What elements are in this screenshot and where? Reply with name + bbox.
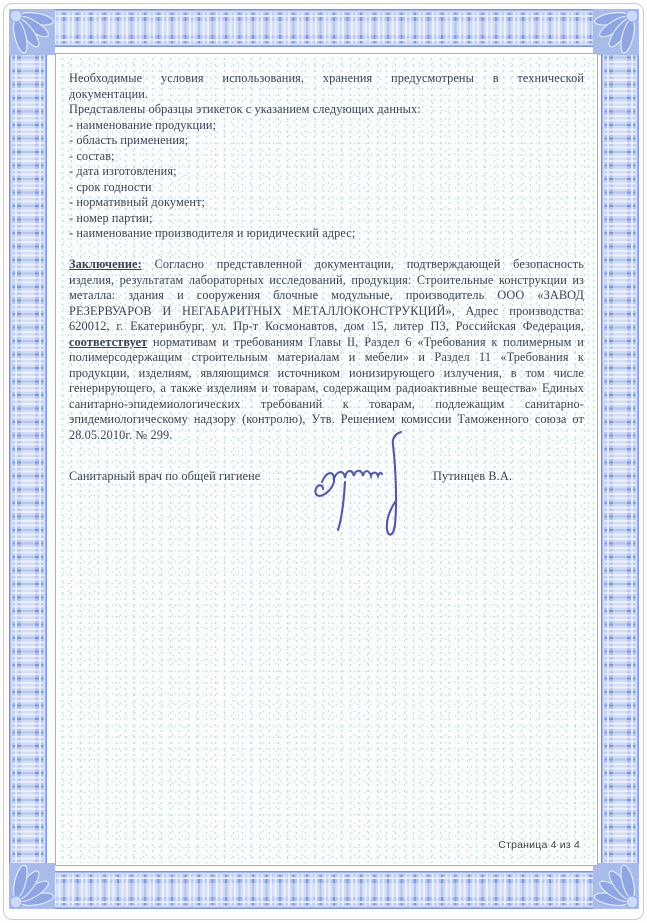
- corner-fan-ornament-icon: [9, 863, 55, 909]
- conclusion-text: Согласно представленной документации, по…: [69, 257, 584, 333]
- conclusion-paragraph: Заключение: Согласно представленной доку…: [69, 257, 584, 443]
- document-content-frame: Необходимые условия использования, хране…: [55, 53, 598, 866]
- signatory-name: Путинцев В.А.: [433, 469, 512, 485]
- list-item: - наименование производителя и юридическ…: [69, 226, 584, 242]
- list-item: - область применения;: [69, 133, 584, 149]
- conclusion-label: Заключение:: [69, 257, 142, 271]
- list-item: - нормативный документ;: [69, 195, 584, 211]
- signature-scribble-icon: [298, 426, 413, 544]
- corner-fan-ornament-icon: [593, 863, 639, 909]
- intro-line: документации.: [69, 87, 584, 103]
- intro-line: Представлены образцы этикеток с указание…: [69, 102, 584, 118]
- guilloche-border-top: [9, 9, 639, 47]
- conclusion-emphasis: соответствует: [69, 335, 147, 349]
- list-item: - срок годности: [69, 180, 584, 196]
- signatory-role: Санитарный врач по общей гигиене: [69, 469, 260, 485]
- page-number: Страница 4 из 4: [498, 839, 580, 851]
- certificate-page: Необходимые условия использования, хране…: [0, 0, 647, 923]
- corner-fan-ornament-icon: [593, 9, 639, 55]
- guilloche-border-bottom: [9, 871, 639, 909]
- intro-line: Необходимые условия использования, хране…: [69, 71, 584, 87]
- document-paper: Необходимые условия использования, хране…: [58, 56, 595, 863]
- guilloche-border-left: [9, 9, 47, 909]
- list-item: - дата изготовления;: [69, 164, 584, 180]
- list-item: - наименование продукции;: [69, 118, 584, 134]
- guilloche-border-right: [601, 9, 639, 909]
- corner-fan-ornament-icon: [9, 9, 55, 55]
- labels-list: - наименование продукции;- область приме…: [69, 118, 584, 242]
- document-text-block: Необходимые условия использования, хране…: [58, 56, 595, 485]
- list-item: - состав;: [69, 149, 584, 165]
- list-item: - номер партии;: [69, 211, 584, 227]
